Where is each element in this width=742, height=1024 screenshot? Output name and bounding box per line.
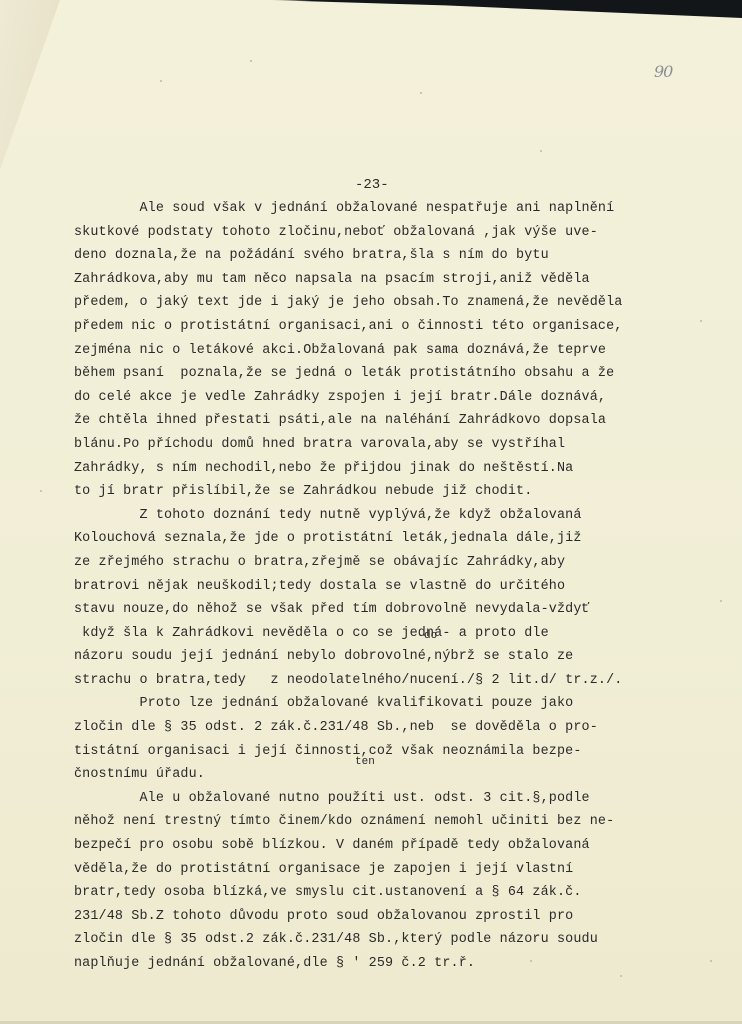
text-line: Zahrádky, s ním nechodil,nebo že přijdou…: [74, 457, 674, 481]
page-number: -23-: [355, 177, 389, 193]
scan-speck: [530, 960, 532, 962]
scan-speck: [250, 60, 252, 62]
typewritten-body: Ale soud však v jednání obžalované nespa…: [74, 197, 674, 976]
text-line: názoru soudu její jednání nebylo dobrovo…: [74, 645, 674, 669]
handwritten-folio-number: 90: [654, 62, 672, 81]
text-line: Ale soud však v jednání obžalované nespa…: [74, 197, 674, 221]
document-page: 90 -23- Ale soud však v jednání obžalova…: [0, 0, 742, 1024]
text-line: Ale u obžalované nutno použíti ust. odst…: [74, 787, 674, 811]
text-line: zločin dle § 35 odst.2 zák.č.231/48 Sb.,…: [74, 928, 674, 952]
text-line: zločin dle § 35 odst. 2 zák.č.231/48 Sb.…: [74, 716, 674, 740]
text-line: Proto lze jednání obžalované kvalifikova…: [74, 692, 674, 716]
text-line: skutkové podstaty tohoto zločinu,neboť o…: [74, 221, 674, 245]
text-line: 231/48 Sb.Z tohoto důvodu proto soud obž…: [74, 905, 674, 929]
scan-speck: [620, 975, 622, 977]
scan-speck: [40, 490, 42, 492]
scan-speck: [160, 80, 162, 82]
text-line: když šla k Zahrádkovi nevěděla o co se j…: [74, 622, 674, 646]
scan-speck: [540, 150, 542, 152]
text-line: věděla,že do protistátní organisace je z…: [74, 858, 674, 882]
scan-speck: [710, 960, 712, 962]
text-line: zejména nic o letákové akci.Obžalovaná p…: [74, 339, 674, 363]
text-line: že chtěla ihned přestati psáti,ale na na…: [74, 409, 674, 433]
scan-speck: [420, 92, 422, 94]
text-line: to jí bratr přislíbil,že se Zahrádkou ne…: [74, 480, 674, 504]
text-line: bratrovi nějak neuškodil;tedy dostala se…: [74, 575, 674, 599]
interlinear-insertion: ten: [355, 756, 375, 768]
text-line: ze zřejmého strachu o bratra,zřejmě se o…: [74, 551, 674, 575]
text-line: během psaní poznala,že se jedná o leták …: [74, 362, 674, 386]
text-line: něhož není trestný tímto činem/kdo oznám…: [74, 810, 674, 834]
scan-speck: [720, 600, 722, 602]
text-line: do celé akce je vedle Zahrádky zspojen i…: [74, 386, 674, 410]
previous-page-edge: [0, 0, 60, 170]
text-line: předem, o jaký text jde i jaký je jeho o…: [74, 291, 674, 315]
scan-shadow: [0, 0, 742, 18]
text-line: naplňuje jednání obžalované,dle § ' 259 …: [74, 952, 674, 976]
text-line: Zahrádkova,aby mu tam něco napsala na ps…: [74, 268, 674, 292]
text-line: blánu.Po příchodu domů hned bratra varov…: [74, 433, 674, 457]
text-line: bratr,tedy osoba blízká,ve smyslu cit.us…: [74, 881, 674, 905]
text-line: Kolouchová seznala,že jde o protistátní …: [74, 527, 674, 551]
interlinear-insertion: do: [424, 630, 437, 642]
text-line: stavu nouze,do něhož se však před tím do…: [74, 598, 674, 622]
text-line: předem nic o protistátní organisaci,ani …: [74, 315, 674, 339]
text-line: Z tohoto doznání tedy nutně vyplývá,že k…: [74, 504, 674, 528]
scan-speck: [700, 320, 702, 322]
text-line: strachu o bratra,tedy z neodolatelného/n…: [74, 669, 674, 693]
text-line: bezpečí pro osobu sobě blízkou. V daném …: [74, 834, 674, 858]
text-line: deno doznala,že na požádání svého bratra…: [74, 244, 674, 268]
